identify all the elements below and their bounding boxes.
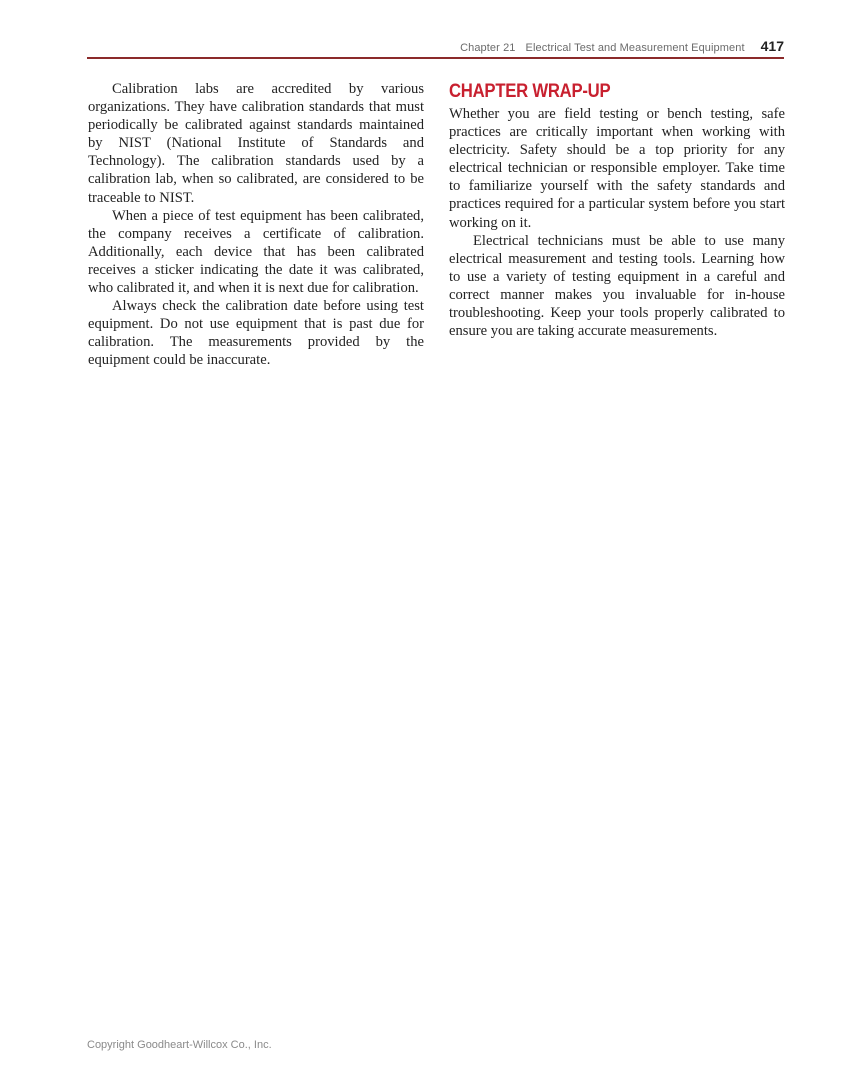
chapter-title: Electrical Test and Measurement Equipmen…: [526, 42, 745, 54]
left-column: Calibration labs are accredited by vario…: [88, 80, 424, 370]
chapter-label: Chapter 21: [460, 42, 515, 54]
chapter-info: Chapter 21Electrical Test and Measuremen…: [460, 42, 745, 54]
running-header: Chapter 21Electrical Test and Measuremen…: [87, 38, 784, 58]
paragraph: Whether you are field testing or bench t…: [449, 105, 785, 232]
paragraph: When a piece of test equipment has been …: [88, 207, 424, 297]
paragraph: Calibration labs are accredited by vario…: [88, 80, 424, 207]
right-column: CHAPTER WRAP-UP Whether you are field te…: [449, 80, 785, 340]
header-rule: [87, 57, 784, 59]
paragraph: Electrical technicians must be able to u…: [449, 232, 785, 341]
section-heading: CHAPTER WRAP-UP: [449, 81, 745, 103]
page-number: 417: [761, 38, 784, 54]
paragraph: Always check the calibration date before…: [88, 297, 424, 369]
copyright-footer: Copyright Goodheart-Willcox Co., Inc.: [87, 1039, 272, 1051]
